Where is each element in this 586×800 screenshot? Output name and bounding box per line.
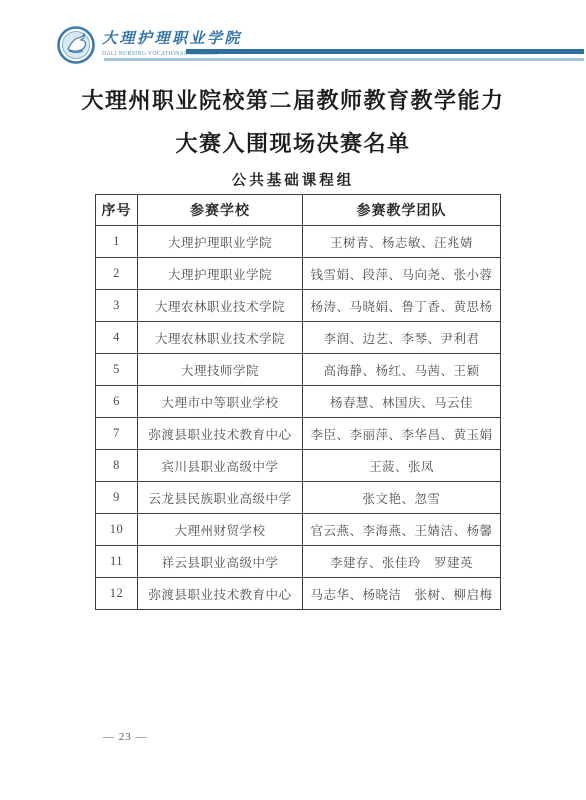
cell-team: 杨春慧、林国庆、马云佳 — [303, 386, 501, 418]
table-row: 5大理技师学院高海静、杨红、马茜、王颖 — [96, 354, 501, 386]
cell-school: 大理农林职业技术学院 — [138, 322, 303, 354]
cell-index: 3 — [96, 290, 138, 322]
cell-team: 官云燕、李海燕、王婧洁、杨馨 — [303, 514, 501, 546]
table-row: 10大理州财贸学校官云燕、李海燕、王婧洁、杨馨 — [96, 514, 501, 546]
cell-index: 11 — [96, 546, 138, 578]
cell-team: 李建存、张佳玲 罗建英 — [303, 546, 501, 578]
letterhead-rule-light — [104, 58, 584, 61]
cell-school: 云龙县民族职业高级中学 — [138, 482, 303, 514]
course-group-label: 公共基础课程组 — [0, 169, 586, 190]
college-name-block: 大理护理职业学院 DALI NURSING VOCATIONAL COLLEGE — [102, 26, 263, 59]
cell-index: 7 — [96, 418, 138, 450]
cell-team: 王树青、杨志敏、汪兆婧 — [303, 226, 501, 258]
cell-school: 弥渡县职业技术教育中心 — [138, 578, 303, 610]
table-row: 2大理护理职业学院钱雪娟、段萍、马向尧、张小蓉 — [96, 258, 501, 290]
cell-index: 5 — [96, 354, 138, 386]
cell-team: 张文艳、忽雪 — [303, 482, 501, 514]
cell-team: 王菠、张凤 — [303, 450, 501, 482]
cell-team: 杨涛、马晓娟、鲁丁香、黄思杨 — [303, 290, 501, 322]
cell-school: 大理农林职业技术学院 — [138, 290, 303, 322]
col-header-school: 参赛学校 — [138, 195, 303, 226]
cell-school: 大理护理职业学院 — [138, 258, 303, 290]
doc-title-line2: 大赛入围现场决赛名单 — [0, 127, 586, 158]
cell-school: 大理市中等职业学校 — [138, 386, 303, 418]
table-row: 9云龙县民族职业高级中学张文艳、忽雪 — [96, 482, 501, 514]
table-row: 3大理农林职业技术学院杨涛、马晓娟、鲁丁香、黄思杨 — [96, 290, 501, 322]
cell-index: 12 — [96, 578, 138, 610]
cell-index: 1 — [96, 226, 138, 258]
cell-school: 弥渡县职业技术教育中心 — [138, 418, 303, 450]
cell-school: 宾川县职业高级中学 — [138, 450, 303, 482]
cell-team: 钱雪娟、段萍、马向尧、张小蓉 — [303, 258, 501, 290]
cell-school: 大理州财贸学校 — [138, 514, 303, 546]
table-row: 4大理农林职业技术学院李润、边艺、李琴、尹利君 — [96, 322, 501, 354]
cell-school: 大理护理职业学院 — [138, 226, 303, 258]
table-row: 1大理护理职业学院王树青、杨志敏、汪兆婧 — [96, 226, 501, 258]
page-number: — 23 — — [103, 731, 148, 743]
table-header-row: 序号 参赛学校 参赛教学团队 — [96, 195, 501, 226]
cell-index: 4 — [96, 322, 138, 354]
table-row: 8宾川县职业高级中学王菠、张凤 — [96, 450, 501, 482]
col-header-index: 序号 — [96, 195, 138, 226]
cell-index: 8 — [96, 450, 138, 482]
table-row: 7弥渡县职业技术教育中心李臣、李丽萍、李华昌、黄玉娟 — [96, 418, 501, 450]
college-emblem-swan-icon — [57, 26, 95, 64]
table-row: 6大理市中等职业学校杨春慧、林国庆、马云佳 — [96, 386, 501, 418]
document-page: 大理护理职业学院 DALI NURSING VOCATIONAL COLLEGE… — [0, 0, 586, 800]
table-row: 11祥云县职业高级中学李建存、张佳玲 罗建英 — [96, 546, 501, 578]
cell-index: 9 — [96, 482, 138, 514]
cell-school: 大理技师学院 — [138, 354, 303, 386]
doc-title-line1: 大理州职业院校第二届教师教育教学能力 — [0, 84, 586, 115]
cell-index: 6 — [96, 386, 138, 418]
cell-team: 李润、边艺、李琴、尹利君 — [303, 322, 501, 354]
table-row: 12弥渡县职业技术教育中心马志华、杨晓洁 张树、柳启梅 — [96, 578, 501, 610]
cell-index: 10 — [96, 514, 138, 546]
cell-team: 李臣、李丽萍、李华昌、黄玉娟 — [303, 418, 501, 450]
cell-team: 马志华、杨晓洁 张树、柳启梅 — [303, 578, 501, 610]
letterhead-rule-dark — [186, 49, 584, 54]
cell-school: 祥云县职业高级中学 — [138, 546, 303, 578]
col-header-team: 参赛教学团队 — [303, 195, 501, 226]
finalists-table: 序号 参赛学校 参赛教学团队 1大理护理职业学院王树青、杨志敏、汪兆婧2大理护理… — [95, 194, 501, 610]
cell-index: 2 — [96, 258, 138, 290]
college-name-zh: 大理护理职业学院 — [102, 32, 263, 47]
cell-team: 高海静、杨红、马茜、王颖 — [303, 354, 501, 386]
